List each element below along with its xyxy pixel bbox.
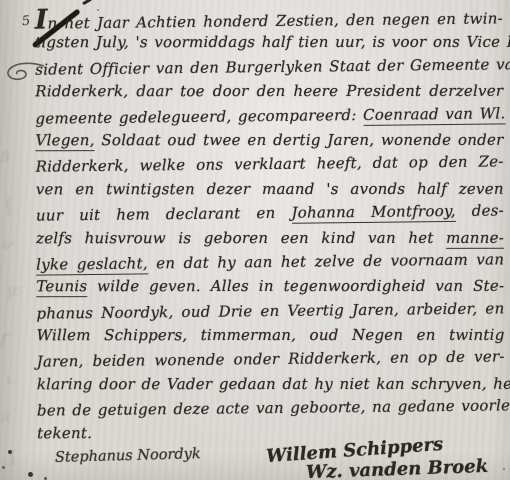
text-line: In het Jaar Achtien honderd Zestien, den… (35, 3, 503, 33)
text-segment: Soldaat oud twee en dertig Jaren, wonend… (95, 131, 504, 149)
underlined-name: Coenraad van Wl. (363, 104, 506, 126)
document-text: In het Jaar Achtien honderd Zestien, den… (35, 5, 505, 446)
bleed-through-mark: ι (3, 372, 14, 389)
text-segment: Willem Schippers, timmerman, oud Negen e… (37, 326, 505, 344)
text-segment: zelfs huisvrouw is geboren een kind van … (36, 228, 446, 246)
margin-number: 5 (21, 13, 31, 29)
bleed-through-mark: ʃι (1, 409, 12, 425)
text-segment: uur uit hem declarant en (36, 204, 292, 225)
text-line: Jaren, beiden wonende onder Ridderkerk, … (37, 345, 505, 375)
ink-tick-mark (82, 0, 92, 5)
text-line: gemeente gedelegueerd, gecompareerd: Coe… (35, 101, 503, 131)
text-segment: ven en twintigsten dezer maand 's avonds… (36, 180, 504, 198)
text-line: Ridderkerk, daar toe door den heere Pres… (35, 79, 503, 104)
text-segment: wilde geven. Alles in tegenwoordigheid v… (87, 277, 504, 295)
bleed-through-mark: ʃ (3, 196, 13, 215)
ink-speck (8, 450, 12, 454)
text-line: Vlegen, Soldaat oud twee en dertig Jaren… (36, 128, 504, 153)
text-line: zelfs huisvrouw is geboren een kind van … (36, 225, 504, 250)
document-page: 5 In het Jaar Achtien honderd Zestien, d… (0, 0, 510, 480)
bleed-through-mark: ʃc (6, 281, 22, 301)
underlined-name: Vlegen, (36, 131, 95, 151)
text-line: uur uit hem declarant en Johanna Montfro… (36, 198, 504, 228)
text-segment: gemeente gedelegueerd, gecompareerd: (35, 106, 363, 128)
text-segment: sident Officier van den Burgerlyken Staa… (35, 55, 510, 79)
text-segment: tekent. (37, 424, 92, 442)
text-segment: phanus Noordyk, oud Drie en Veertig Jare… (36, 299, 504, 322)
text-line: Teunis wilde geven. Alles in tegenwoordi… (36, 274, 504, 299)
text-segment: tigsten July, 's voormiddags half tien u… (35, 33, 510, 51)
text-segment: en dat hy aan het zelve de voornaam van (148, 250, 505, 272)
underlined-name: Teunis (36, 277, 87, 297)
text-segment: klaring door de Vader gedaan dat hy niet… (37, 375, 510, 393)
text-segment: ben de getuigen deze acte van geboorte, … (37, 396, 510, 420)
text-line: tigsten July, 's voormiddags half tien u… (35, 30, 503, 55)
text-line: ven en twintigsten dezer maand 's avonds… (36, 177, 504, 202)
ink-speck (28, 472, 33, 477)
ink-speck (97, 9, 99, 11)
bleed-through-mark: ι/ (0, 237, 14, 254)
bleed-through-mark: ʃι (0, 149, 12, 167)
text-segment: Ridderkerk, daar toe door den heere Pres… (35, 82, 503, 100)
text-line: lyke geslacht, en dat hy aan het zelve d… (36, 247, 504, 277)
signature-witness-1: Stephanus Noordyk (55, 446, 201, 466)
text-line: klaring door de Vader gedaan dat hy niet… (37, 372, 505, 397)
text-line: ben de getuigen deze acte van geboorte, … (37, 394, 505, 424)
text-line: sident Officier van den Burgerlyken Staa… (35, 52, 503, 82)
bleed-through-mark: ʃ (0, 330, 8, 351)
text-line: Willem Schippers, timmerman, oud Negen e… (37, 323, 505, 348)
text-segment: des- (456, 201, 504, 220)
ink-speck (2, 466, 5, 469)
ink-speck (503, 468, 505, 470)
text-line: phanus Noordyk, oud Drie en Veertig Jare… (36, 296, 504, 326)
underlined-name: Johanna Montfrooy, (291, 202, 455, 224)
text-segment: Ridderkerk, welke ons verklaart heeft, d… (36, 153, 504, 176)
underlined-name: manne- (446, 228, 504, 248)
text-segment: Jaren, beiden wonende onder Ridderkerk, … (37, 348, 505, 371)
underlined-name: lyke geslacht, (36, 254, 148, 275)
text-line: Ridderkerk, welke ons verklaart heeft, d… (36, 150, 504, 180)
